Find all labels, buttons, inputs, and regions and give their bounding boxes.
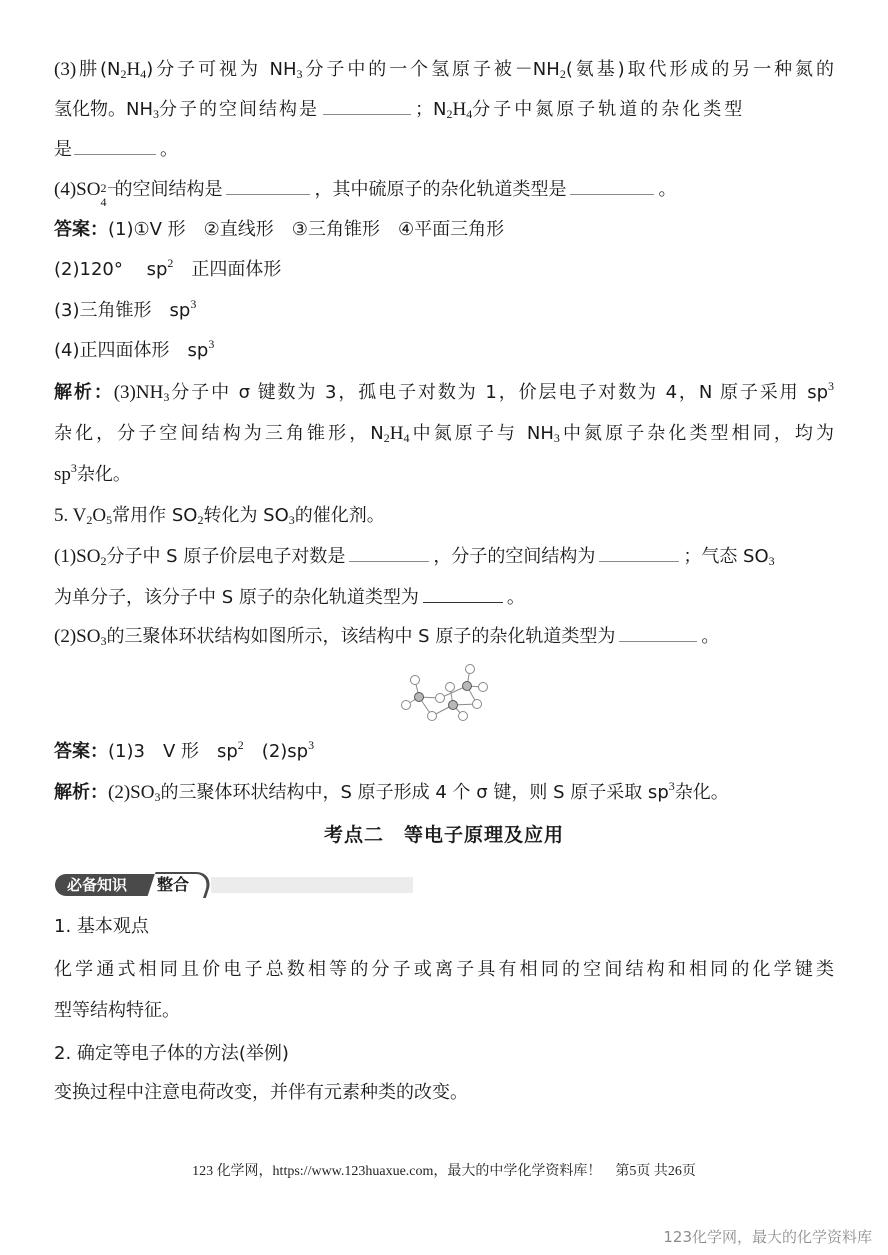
analysis5: 解析：(2)SO3的三聚体环状结构中，S 原子形成 4 个 σ 键，则 S 原子… xyxy=(54,781,834,805)
text: 1. 基本观点 xyxy=(54,916,149,937)
part-label: (3) xyxy=(54,59,76,80)
text: (3)NH xyxy=(114,382,164,403)
text: ，其中硫原子的杂化轨道类型是 xyxy=(314,179,566,200)
text: (2)SO xyxy=(108,782,154,803)
text: 分子中 S 原子价层电子对数是 xyxy=(106,546,345,567)
answer-blank[interactable] xyxy=(423,588,503,603)
answer4-line3: (3)三角锥形 sp3 xyxy=(54,299,834,323)
section-heading: 考点二 等电子原理及应用 xyxy=(0,820,888,847)
answer-label: 答案： xyxy=(54,219,108,240)
text: 常用作 SO xyxy=(112,505,197,526)
text: ，分子的空间结构为 xyxy=(433,546,595,567)
text: 是 xyxy=(54,139,72,160)
text: 5. V xyxy=(54,505,86,526)
answer-blank[interactable] xyxy=(599,547,679,562)
text: 型等结构特征。 xyxy=(54,1000,180,1021)
answer-blank[interactable] xyxy=(570,180,654,195)
text: (4)SO xyxy=(54,179,100,200)
text: 杂化，分子空间结构为三角锥形，N xyxy=(54,423,384,444)
badge-bar xyxy=(211,877,413,893)
badge-dark-pill: 必备知识 xyxy=(55,874,159,896)
text: (2)sp xyxy=(244,741,308,762)
answer-label: 答案： xyxy=(54,741,108,762)
knowledge-heading-1: 1. 基本观点 xyxy=(54,915,834,939)
q5-part2: (2)SO3的三聚体环状结构如图所示，该结构中 S 原子的杂化轨道类型为。 xyxy=(54,625,834,649)
q5-part1-line1: (1)SO2分子中 S 原子价层电子对数是，分子的空间结构为；气态 SO3 xyxy=(54,545,834,569)
text: H xyxy=(390,423,404,444)
analysis4-line3: sp3杂化。 xyxy=(54,463,834,487)
ion-charge: 2－4 xyxy=(100,181,114,201)
text: H xyxy=(452,99,466,120)
text: 。 xyxy=(701,626,719,647)
answer-blank[interactable] xyxy=(74,140,156,155)
answer-blank[interactable] xyxy=(619,627,697,642)
text: 杂化。 xyxy=(77,464,131,485)
q5-stem: 5. V2O5常用作 SO2转化为 SO3的催化剂。 xyxy=(54,504,834,528)
knowledge-para-1-line1: 化学通式相同且价电子总数相等的分子或离子具有相同的空间结构和相同的化学键类 xyxy=(54,958,834,982)
text: ；N xyxy=(415,99,446,120)
answer-blank[interactable] xyxy=(323,100,411,115)
text: (3)三角锥形 sp xyxy=(54,300,190,321)
text: 分子中 σ 键数为 3，孤电子对数为 1，价层电子对数为 4，N 原子采用 sp xyxy=(169,382,828,403)
text: 的三聚体环状结构中，S 原子形成 4 个 σ 键，则 S 原子采取 sp xyxy=(160,782,668,803)
superscript: 3 xyxy=(308,738,314,752)
text: 化学通式相同且价电子总数相等的分子或离子具有相同的空间结构和相同的化学键类 xyxy=(54,959,834,980)
q5-part1-line2: 为单分子，该分子中 S 原子的杂化轨道类型为。 xyxy=(54,586,834,610)
q4-part3-line2: 氢化物。NH3分子的空间结构是；N2H4分子中氮原子轨道的杂化类型 xyxy=(54,98,834,122)
text: (4)正四面体形 sp xyxy=(54,340,208,361)
analysis-label: 解析： xyxy=(54,382,114,403)
q4-part4: (4)SO2－4的空间结构是，其中硫原子的杂化轨道类型是。 xyxy=(54,178,834,202)
text: sp xyxy=(54,464,71,485)
text: )分子可视为 NH xyxy=(146,59,296,80)
so3-trimer-figure xyxy=(396,660,496,726)
oxygen-atoms xyxy=(402,665,488,721)
answer4-line4: (4)正四面体形 sp3 xyxy=(54,339,834,363)
text: (1)SO xyxy=(54,546,100,567)
text: 的三聚体环状结构如图所示，该结构中 S 原子的杂化轨道类型为 xyxy=(106,626,615,647)
q4-part3-line1: (3)肼(N2H4)分子可视为 NH3分子中的一个氢原子被－NH2(氨基)取代形… xyxy=(54,58,834,82)
page-footer: 123 化学网，https://www.123huaxue.com，最大的中学化… xyxy=(0,1160,888,1180)
text: (2)SO xyxy=(54,626,100,647)
text: 变换过程中注意电荷改变，并伴有元素种类的改变。 xyxy=(54,1082,468,1103)
knowledge-heading-2: 2. 确定等电子体的方法(举例) xyxy=(54,1042,834,1066)
superscript: 3 xyxy=(190,297,196,311)
text: 分子中氮原子轨道的杂化类型 xyxy=(472,99,745,120)
text: 。 xyxy=(658,179,676,200)
text: (2)120° sp xyxy=(54,259,167,280)
text: 中氮原子与 NH xyxy=(410,423,554,444)
superscript: 3 xyxy=(208,337,214,351)
answer-blank[interactable] xyxy=(349,547,429,562)
text: 2. 确定等电子体的方法(举例) xyxy=(54,1043,289,1064)
text: 中氮原子杂化类型相同，均为 xyxy=(560,423,834,444)
text: 肼(N xyxy=(76,59,120,80)
text: 正四面体形 xyxy=(173,259,281,280)
knowledge-para-2: 变换过程中注意电荷改变，并伴有元素种类的改变。 xyxy=(54,1081,834,1105)
molecule-diagram xyxy=(396,660,496,726)
text: 转化为 SO xyxy=(203,505,288,526)
text: 分子中的一个氢原子被－NH xyxy=(303,59,560,80)
badge-tab-label: 整合 xyxy=(157,874,189,896)
text: 杂化。 xyxy=(675,782,729,803)
text: (氨基)取代形成的另一种氮的 xyxy=(566,59,834,80)
text: 为单分子，该分子中 S 原子的杂化轨道类型为 xyxy=(54,587,419,608)
text: 。 xyxy=(160,139,178,160)
answer5: 答案：(1)3 V 形 sp2 (2)sp3 xyxy=(54,740,834,764)
answer4-line2: (2)120° sp2 正四面体形 xyxy=(54,258,834,282)
text: ；气态 SO xyxy=(683,546,768,567)
analysis4-line2: 杂化，分子空间结构为三角锥形，N2H4中氮原子与 NH3中氮原子杂化类型相同，均… xyxy=(54,422,834,446)
text: 的空间结构是 xyxy=(114,179,222,200)
q4-part3-line3: 是。 xyxy=(54,138,834,162)
text: 分子的空间结构是 xyxy=(159,99,319,120)
knowledge-para-1-line2: 型等结构特征。 xyxy=(54,999,834,1023)
knowledge-badge: 必备知识 整合 xyxy=(55,874,415,896)
analysis4-line1: 解析：(3)NH3分子中 σ 键数为 3，孤电子对数为 1，价层电子对数为 4，… xyxy=(54,381,834,405)
text: 的催化剂。 xyxy=(295,505,385,526)
text: H xyxy=(127,59,141,80)
text: (1)3 V 形 sp xyxy=(108,741,238,762)
subscript: 3 xyxy=(769,554,775,568)
text: (1)①V 形 ②直线形 ③三角锥形 ④平面三角形 xyxy=(108,219,504,240)
watermark: 123化学网，最大的化学资料库 xyxy=(663,1226,872,1247)
answer-blank[interactable] xyxy=(226,180,310,195)
answer4-line1: 答案：(1)①V 形 ②直线形 ③三角锥形 ④平面三角形 xyxy=(54,218,834,242)
text: O xyxy=(92,505,106,526)
superscript: 3 xyxy=(828,379,834,393)
text: 氢化物。NH xyxy=(54,99,153,120)
subscript: 4 xyxy=(100,190,106,214)
analysis-label: 解析： xyxy=(54,782,108,803)
text: 。 xyxy=(507,587,525,608)
